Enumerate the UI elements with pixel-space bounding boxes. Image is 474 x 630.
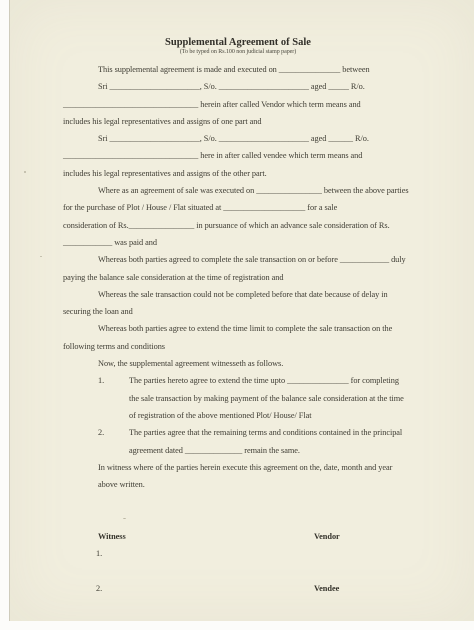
body-line: Whereas both parties agree to extend the… (63, 320, 413, 337)
signature-row-labels: Witness Vendor (63, 528, 413, 545)
body-line: Where as an agreement of sale was execut… (63, 182, 413, 199)
list-item-1-continuation: of registration of the above mentioned P… (63, 407, 413, 424)
scan-speck (24, 171, 26, 173)
spacer (63, 511, 413, 528)
body-line: for the purchase of Plot / House / Flat … (63, 199, 413, 216)
body-line: Now, the supplemental agreement witnesse… (63, 355, 413, 372)
witness-number-2: 2. (63, 584, 102, 593)
body-line: consideration of Rs.________________ in … (63, 217, 413, 234)
body-line: Sri ______________________, S/o. _______… (63, 78, 413, 95)
witness-slot-1: 1. (63, 545, 413, 562)
scan-speck (40, 256, 42, 257)
spacer (63, 493, 413, 510)
list-item-2-text: The parties agree that the remaining ter… (129, 428, 402, 437)
list-item-2-continuation: agreement dated ______________ remain th… (63, 442, 413, 459)
body-line: Whereas the sale transaction could not b… (63, 286, 413, 303)
witness-slot-2: 2. Vendee (63, 580, 413, 597)
document-subtitle: (To be typed on Rs.100 non judicial stam… (63, 49, 413, 55)
closing-line: In witness where of the parties herein e… (63, 459, 413, 476)
witness-number-1: 1. (63, 549, 102, 558)
closing-line: above written. (63, 476, 413, 493)
witness-label: Witness (63, 532, 126, 541)
body-line: _________________________________ here i… (63, 147, 413, 164)
body-line: securing the loan and (63, 303, 413, 320)
document-header: Supplemental Agreement of Sale (To be ty… (63, 0, 413, 55)
list-item-2-number: 2. (98, 424, 129, 441)
body-line: This supplemental agreement is made and … (63, 61, 413, 78)
list-item-2: 2.The parties agree that the remaining t… (63, 424, 413, 441)
body-line: paying the balance sale consideration at… (63, 269, 413, 286)
vendor-label: Vendor (314, 528, 340, 545)
document-body: This supplemental agreement is made and … (63, 61, 413, 597)
spacer (63, 563, 413, 580)
scanned-page: Supplemental Agreement of Sale (To be ty… (9, 0, 474, 621)
body-line: Sri ______________________, S/o. _______… (63, 130, 413, 147)
body-line: following terms and conditions (63, 338, 413, 355)
body-line: _________________________________ herein… (63, 96, 413, 113)
list-item-1-number: 1. (98, 372, 129, 389)
body-line: ____________ was paid and (63, 234, 413, 251)
body-line: Whereas both parties agreed to complete … (63, 251, 413, 268)
body-line: includes his legal representatives and a… (63, 113, 413, 130)
list-item-1-text: The parties hereto agree to extend the t… (129, 376, 399, 385)
body-line: includes his legal representatives and a… (63, 165, 413, 182)
list-item-1-continuation: the sale transaction by making payment o… (63, 390, 413, 407)
document-title: Supplemental Agreement of Sale (63, 37, 413, 48)
list-item-1: 1.The parties hereto agree to extend the… (63, 372, 413, 389)
document-content: Supplemental Agreement of Sale (To be ty… (63, 0, 413, 597)
vendee-label: Vendee (314, 580, 339, 597)
